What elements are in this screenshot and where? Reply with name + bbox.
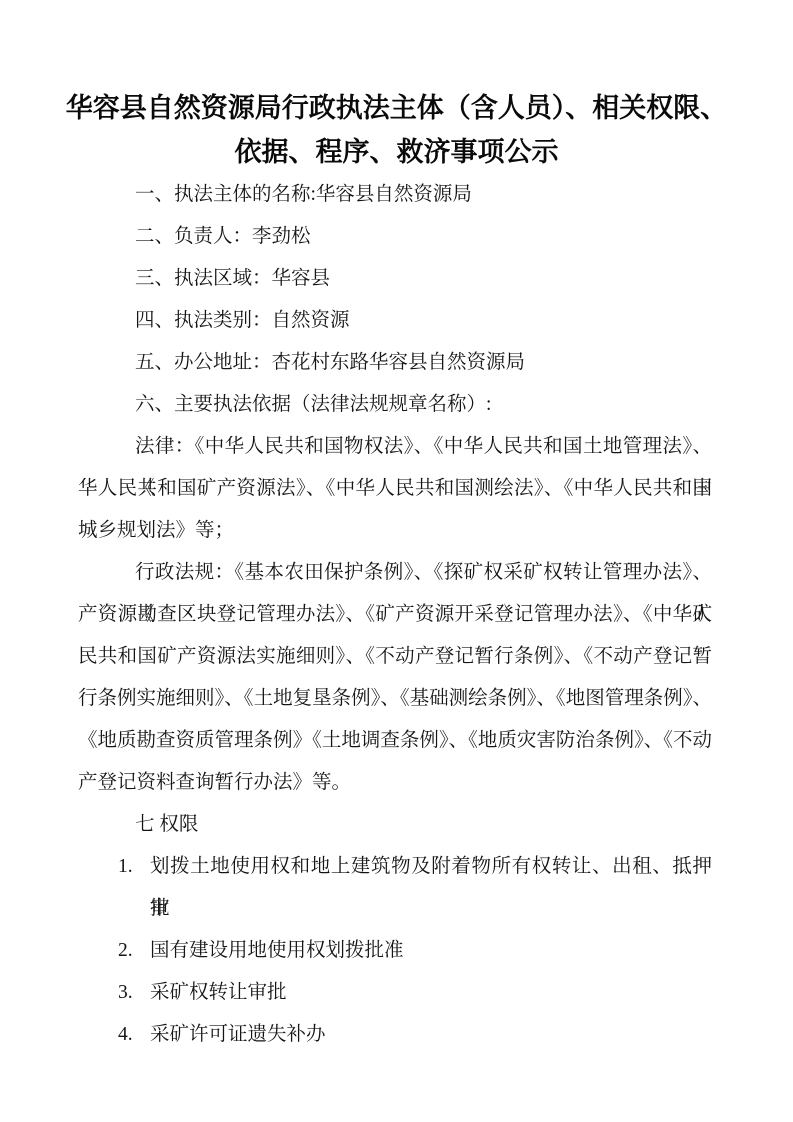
regulations-line: 产资源勘查区块登记管理办法》、《矿产资源开采登记管理办法》、《中华人 (78, 594, 712, 636)
laws-line: 城乡规划法》等； (78, 510, 712, 552)
item-text: 国有建设用地使用权划拨批准 (150, 930, 712, 972)
regulations-line: 民共和国矿产资源法实施细则》、《不动产登记暂行条例》、《不动产登记暂 (78, 636, 712, 678)
laws-paragraph: 法律：《中华人民共和国物权法》、《中华人民共和国土地管理法》、《中 华人民共和国… (78, 426, 712, 552)
item-enforcement-category: 四、执法类别：自然资源 (78, 300, 712, 342)
numbered-item: 3. 采矿权转让审批 (118, 972, 712, 1014)
item-number: 1. (118, 846, 150, 888)
title-line-1: 华容县自然资源局行政执法主体（含人员）、相关权限、 (60, 86, 733, 130)
item-enforcement-area: 三、执法区域：华容县 (78, 258, 712, 300)
section7-heading: 七 权限 (78, 804, 712, 846)
item-text: 划拨土地使用权和地上建筑物及附着物所有权转让、出租、抵押审 批 (150, 846, 712, 930)
laws-line: 华人民共和国矿产资源法》、《中华人民共和国测绘法》、《中华人民共和国 (78, 468, 712, 510)
document-body: 一、执法主体的名称:华容县自然资源局 二、负责人：李劲松 三、执法区域：华容县 … (0, 174, 793, 1056)
item-number: 4. (118, 1014, 150, 1056)
item-text: 采矿权转让审批 (150, 972, 712, 1014)
item-text-line: 划拨土地使用权和地上建筑物及附着物所有权转让、出租、抵押审 (150, 846, 712, 888)
regulations-line: 产登记资料查询暂行办法》等。 (78, 762, 712, 804)
item-text-line: 采矿权转让审批 (150, 972, 712, 1014)
document-title: 华容县自然资源局行政执法主体（含人员）、相关权限、 依据、程序、救济事项公示 (0, 86, 793, 174)
item-text-line: 国有建设用地使用权划拨批准 (150, 930, 712, 972)
numbered-item: 2. 国有建设用地使用权划拨批准 (118, 930, 712, 972)
item-number: 2. (118, 930, 150, 972)
regulations-line: 行政法规：《基本农田保护条例》、《探矿权采矿权转让管理办法》、《矿 (78, 552, 712, 594)
item-office-address: 五、办公地址：杏花村东路华容县自然资源局 (78, 342, 712, 384)
item-text-line: 批 (150, 888, 712, 930)
item-subject-name: 一、执法主体的名称:华容县自然资源局 (78, 174, 712, 216)
numbered-item: 1. 划拨土地使用权和地上建筑物及附着物所有权转让、出租、抵押审 批 (118, 846, 712, 930)
regulations-line: 《地质勘查资质管理条例》《土地调查条例》、《地质灾害防治条例》、《不动 (78, 720, 712, 762)
item-responsible-person: 二、负责人：李劲松 (78, 216, 712, 258)
item-legal-basis-heading: 六、主要执法依据（法律法规规章名称）: (78, 384, 712, 426)
regulations-paragraph: 行政法规：《基本农田保护条例》、《探矿权采矿权转让管理办法》、《矿 产资源勘查区… (78, 552, 712, 804)
numbered-item: 4. 采矿许可证遗失补办 (118, 1014, 712, 1056)
item-text: 采矿许可证遗失补办 (150, 1014, 712, 1056)
item-text-line: 采矿许可证遗失补办 (150, 1014, 712, 1056)
title-line-2: 依据、程序、救济事项公示 (60, 130, 733, 174)
item-number: 3. (118, 972, 150, 1014)
document-page: 华容县自然资源局行政执法主体（含人员）、相关权限、 依据、程序、救济事项公示 一… (0, 0, 793, 1122)
laws-line: 法律：《中华人民共和国物权法》、《中华人民共和国土地管理法》、《中 (78, 426, 712, 468)
regulations-line: 行条例实施细则》、《土地复垦条例》、《基础测绘条例》、《地图管理条例》、 (78, 678, 712, 720)
